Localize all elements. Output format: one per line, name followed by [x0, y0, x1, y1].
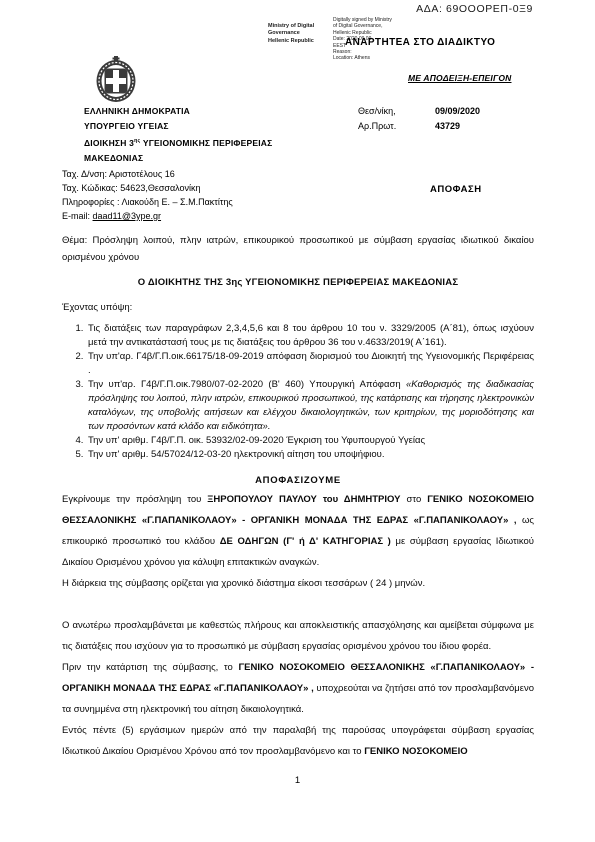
page-number: 1: [0, 775, 595, 786]
address-block: Ταχ. Δ/νση: Αριστοτέλους 16Ταχ. Κώδικας:…: [62, 167, 233, 223]
email-row: E-mail: daad11@3ype.gr: [62, 209, 233, 223]
legal-reference-item: Την υπ'αρ. Γ4β/Γ.Π.οικ.7980/07-02-2020 (…: [86, 378, 534, 434]
digital-signature-authority: Ministry of DigitalGovernanceHellenic Re…: [268, 23, 330, 45]
delivery-urgency-label: ΜΕ ΑΠΟΔΕΙΞΗ-ΕΠΕΙΓΟΝ: [408, 73, 511, 83]
date-protocol-block: Θεσ/νίκη, 09/09/2020 Αρ.Πρωτ. 43729: [358, 104, 480, 134]
decision-label: ΑΠΟΦΑΣΗ: [430, 184, 482, 195]
email-link[interactable]: daad11@3ype.gr: [93, 211, 162, 221]
email-label: E-mail:: [62, 211, 93, 221]
date-value: 09/09/2020: [435, 104, 480, 119]
legal-reference-item: Την υπ' αριθμ. Γ4β/Γ.Π. οικ. 53932/02-09…: [86, 434, 534, 448]
protocol-value: 43729: [435, 119, 460, 134]
document-body: Θέμα: Πρόσληψη λοιπού, πλην ιατρών, επικ…: [62, 232, 534, 762]
approval-paragraph: Εγκρίνουμε την πρόσληψη του ΞΗΡΟΠΟΥΛΟΥ Π…: [62, 489, 534, 573]
protocol-label: Αρ.Πρωτ.: [358, 119, 435, 134]
legal-reference-item: Την υπ'αρ. Γ4β/Γ.Π.οικ.66175/18-09-2019 …: [86, 350, 534, 378]
legal-references-list: Τις διατάξεις των παραγράφων 2,3,4,5,6 κ…: [62, 322, 534, 462]
issuer-heading: Ο ΔΙΟΙΚΗΤΗΣ ΤΗΣ 3ης ΥΓΕΙΟΝΟΜΙΚΗΣ ΠΕΡΙΦΕΡ…: [62, 277, 534, 288]
organization-header: ΕΛΛΗΝΙΚΗ ΔΗΜΟΚΡΑΤΙΑΥΠΟΥΡΓΕΙΟ ΥΓΕΙΑΣΔΙΟΙΚ…: [84, 104, 272, 166]
operative-heading: ΑΠΟΦΑΣΙΖΟΥΜΕ: [62, 475, 534, 486]
subject-paragraph: Θέμα: Πρόσληψη λοιπού, πλην ιατρών, επικ…: [62, 232, 534, 266]
preamble-heading: Έχοντας υπόψη:: [62, 302, 534, 313]
hellenic-republic-emblem-icon: [95, 56, 137, 103]
web-posting-label: ΑΝΑΡΤΗΤΕΑ ΣΤΟ ΔΙΑΔΙΚΤΥΟ: [345, 37, 495, 48]
document-page: ΑΔΑ: 69ΟΟΟΡΕΠ-0Ξ9 Ministry of DigitalGov…: [0, 0, 595, 842]
protocol-row: Αρ.Πρωτ. 43729: [358, 119, 480, 134]
ada-code: ΑΔΑ: 69ΟΟΟΡΕΠ-0Ξ9: [0, 3, 533, 15]
legal-reference-item: Τις διατάξεις των παραγράφων 2,3,4,5,6 κ…: [86, 322, 534, 350]
date-row: Θεσ/νίκη, 09/09/2020: [358, 104, 480, 119]
employment-terms-paragraph: Ο ανωτέρω προσλαμβάνεται με καθεστώς πλή…: [62, 615, 534, 657]
prior-contract-paragraph: Πριν την κατάρτιση της σύμβασης, το ΓΕΝΙ…: [62, 657, 534, 720]
city-label: Θεσ/νίκη,: [358, 104, 435, 119]
signing-deadline-paragraph: Εντός πέντε (5) εργάσιμων ημερών από την…: [62, 720, 534, 762]
legal-reference-item: Την υπ' αριθμ. 54/57024/12-03-20 ηλεκτρο…: [86, 448, 534, 462]
address-lines: Ταχ. Δ/νση: Αριστοτέλους 16Ταχ. Κώδικας:…: [62, 167, 233, 209]
duration-paragraph: Η διάρκεια της σύμβασης ορίζεται για χρο…: [62, 573, 534, 594]
